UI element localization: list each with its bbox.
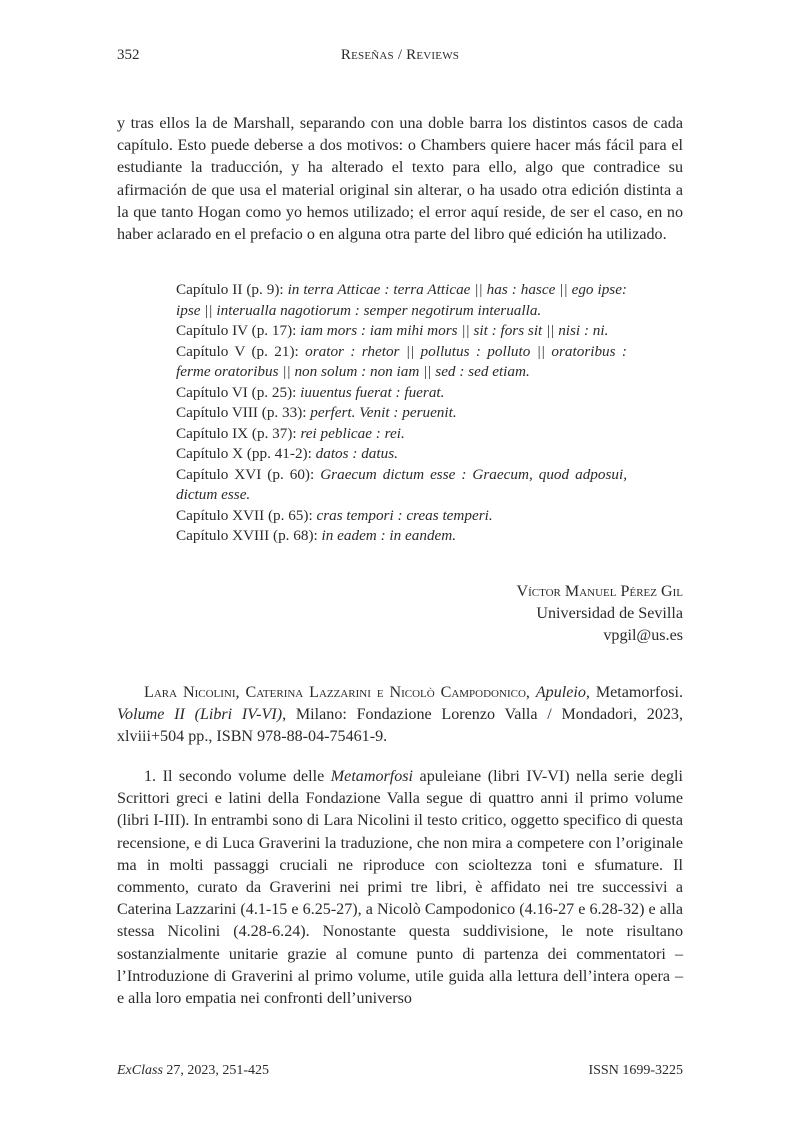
chapter-entry: Capítulo VI (p. 25): iuuentus fuerat : f… bbox=[176, 383, 627, 404]
book-authors: Lara Nicolini, Caterina Lazzarini e Nico… bbox=[144, 684, 530, 701]
running-head: Reseñas / Reviews bbox=[0, 47, 800, 64]
footer-issn: ISSN 1699-3225 bbox=[588, 1063, 683, 1079]
chapter-variant-list: Capítulo II (p. 9): in terra Atticae : t… bbox=[176, 280, 627, 547]
chapter-variants: iam mors : iam mihi mors || sit : fors s… bbox=[300, 322, 608, 339]
chapter-label: Capítulo VI (p. 25): bbox=[176, 384, 300, 401]
reviewer-signature: Víctor Manuel Pérez Gil Universidad de S… bbox=[516, 581, 683, 647]
chapter-entry: Capítulo V (p. 21): orator : rhetor || p… bbox=[176, 342, 627, 383]
review-text: apuleiane (libri IV-VI) nella serie degl… bbox=[117, 768, 683, 1007]
paragraph-text: y tras ellos la de Marshall, separando c… bbox=[117, 113, 683, 246]
chapter-variants: cras tempori : creas temperi. bbox=[316, 507, 492, 524]
chapter-label: Capítulo II (p. 9): bbox=[176, 281, 288, 298]
reviewer-email[interactable]: vpgil@us.es bbox=[516, 625, 683, 647]
chapter-variants: iuuentus fuerat : fuerat. bbox=[300, 384, 444, 401]
reviewer-name: Víctor Manuel Pérez Gil bbox=[516, 581, 683, 603]
chapter-entry: Capítulo X (pp. 41-2): datos : datus. bbox=[176, 444, 627, 465]
review-start: 1. Il secondo volume delle bbox=[144, 768, 331, 785]
chapter-entry: Capítulo II (p. 9): in terra Atticae : t… bbox=[176, 280, 627, 321]
chapter-entry: Capítulo VIII (p. 33): perfert. Venit : … bbox=[176, 403, 627, 424]
chapter-label: Capítulo XVII (p. 65): bbox=[176, 507, 316, 524]
reviewer-affiliation: Universidad de Sevilla bbox=[516, 603, 683, 625]
chapter-label: Capítulo XVIII (p. 68): bbox=[176, 527, 322, 544]
chapter-variants: datos : datus. bbox=[316, 445, 398, 462]
review-title-italic: Metamorfosi bbox=[331, 768, 413, 785]
chapter-variants: in eadem : in eandem. bbox=[322, 527, 457, 544]
bibliographic-entry: Lara Nicolini, Caterina Lazzarini e Nico… bbox=[117, 682, 683, 749]
chapter-variants: rei peblicae : rei. bbox=[300, 425, 404, 442]
footer-journal: ExClass 27, 2023, 251-425 bbox=[117, 1063, 269, 1079]
book-volume: Volume II (Libri IV-VI) bbox=[117, 706, 282, 723]
chapter-label: Capítulo XVI (p. 60): bbox=[176, 466, 320, 483]
book-title: Apuleio, bbox=[536, 684, 590, 701]
chapter-variants: perfert. Venit : peruenit. bbox=[310, 404, 456, 421]
chapter-entry: Capítulo IV (p. 17): iam mors : iam mihi… bbox=[176, 321, 627, 342]
continued-paragraph: y tras ellos la de Marshall, separando c… bbox=[117, 113, 683, 246]
journal-volume: 27, 2023, 251-425 bbox=[163, 1063, 269, 1078]
chapter-label: Capítulo X (pp. 41-2): bbox=[176, 445, 316, 462]
chapter-label: Capítulo IX (p. 37): bbox=[176, 425, 300, 442]
chapter-label: Capítulo VIII (p. 33): bbox=[176, 404, 310, 421]
chapter-entry: Capítulo IX (p. 37): rei peblicae : rei. bbox=[176, 424, 627, 445]
journal-name: ExClass bbox=[117, 1063, 163, 1078]
chapter-entry: Capítulo XVIII (p. 68): in eadem : in ea… bbox=[176, 526, 627, 547]
review-paragraph: 1. Il secondo volume delle Metamorfosi a… bbox=[117, 766, 683, 1010]
chapter-label: Capítulo V (p. 21): bbox=[176, 343, 305, 360]
book-title-roman: Metamorfosi. bbox=[590, 684, 683, 701]
chapter-entry: Capítulo XVII (p. 65): cras tempori : cr… bbox=[176, 506, 627, 527]
chapter-label: Capítulo IV (p. 17): bbox=[176, 322, 300, 339]
chapter-entry: Capítulo XVI (p. 60): Graecum dictum ess… bbox=[176, 465, 627, 506]
